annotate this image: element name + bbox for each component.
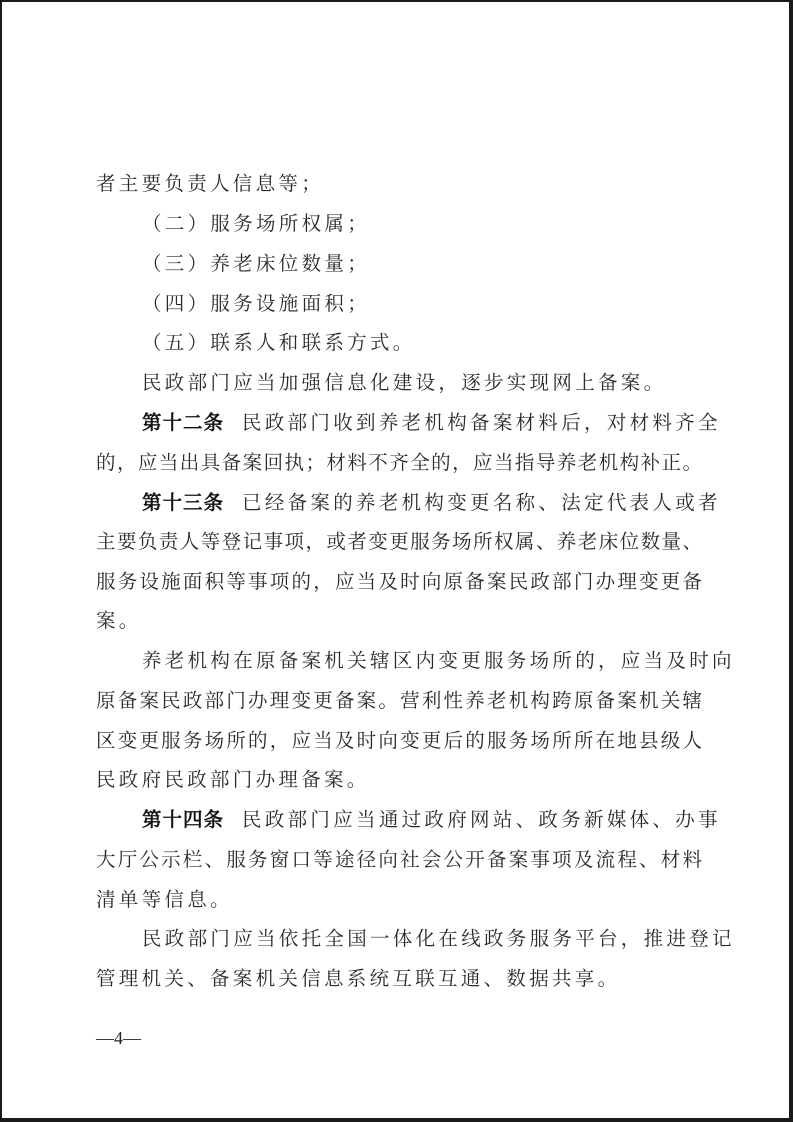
paragraph-line: 民政府民政部门办理备案。 xyxy=(96,768,370,792)
page-number: —4— xyxy=(96,1028,141,1049)
paragraph-line: 管理机关、备案机关信息系统互联互通、数据共享。 xyxy=(96,967,620,991)
list-item-4: （四）服务设施面积； xyxy=(142,292,370,316)
article-heading: 第十三条 xyxy=(142,491,224,514)
document-page: 者主要负责人信息等； （二）服务场所权属； （三）养老床位数量； （四）服务设施… xyxy=(2,2,789,1118)
paragraph-line: 案。 xyxy=(96,609,142,633)
text-line: 者主要负责人信息等； xyxy=(96,172,324,196)
list-item-5: （五）联系人和联系方式。 xyxy=(142,331,416,355)
paragraph-line: 的，应当出具备案回执；材料不齐全的，应当指导养老机构补正。 xyxy=(96,451,702,475)
paragraph-line: 主要负责人等登记事项，或者变更服务场所权属、养老床位数量、 xyxy=(96,530,702,554)
paragraph-line: 民政部门应当依托全国一体化在线政务服务平台，推进登记 xyxy=(142,927,735,951)
article-heading: 第十二条 xyxy=(142,411,224,434)
article-13-line: 第十三条已经备案的养老机构变更名称、法定代表人或者 xyxy=(142,491,721,515)
article-14-line: 第十四条民政部门应当通过政府网站、政务新媒体、办事 xyxy=(142,808,721,832)
article-text: 已经备案的养老机构变更名称、法定代表人或者 xyxy=(242,491,721,514)
paragraph-line: 养老机构在原备案机关辖区内变更服务场所的，应当及时向 xyxy=(142,649,735,673)
article-heading: 第十四条 xyxy=(142,808,224,831)
article-text: 民政部门应当通过政府网站、政务新媒体、办事 xyxy=(242,808,721,831)
paragraph-line: 服务设施面积等事项的，应当及时向原备案民政部门办理变更备 xyxy=(96,570,702,594)
article-12-line: 第十二条民政部门收到养老机构备案材料后，对材料齐全 xyxy=(142,411,721,435)
paragraph-line: 大厅公示栏、服务窗口等途径向社会公开备案事项及流程、材料 xyxy=(96,848,702,872)
paragraph-line: 原备案民政部门办理变更备案。营利性养老机构跨原备案机关辖 xyxy=(96,689,702,713)
paragraph-line: 民政部门应当加强信息化建设，逐步实现网上备案。 xyxy=(142,371,666,395)
list-item-2: （二）服务场所权属； xyxy=(142,212,370,236)
list-item-3: （三）养老床位数量； xyxy=(142,252,370,276)
article-text: 民政部门收到养老机构备案材料后，对材料齐全 xyxy=(242,411,721,434)
paragraph-line: 清单等信息。 xyxy=(96,888,233,912)
paragraph-line: 区变更服务场所的，应当及时向变更后的服务场所所在地县级人 xyxy=(96,729,702,753)
